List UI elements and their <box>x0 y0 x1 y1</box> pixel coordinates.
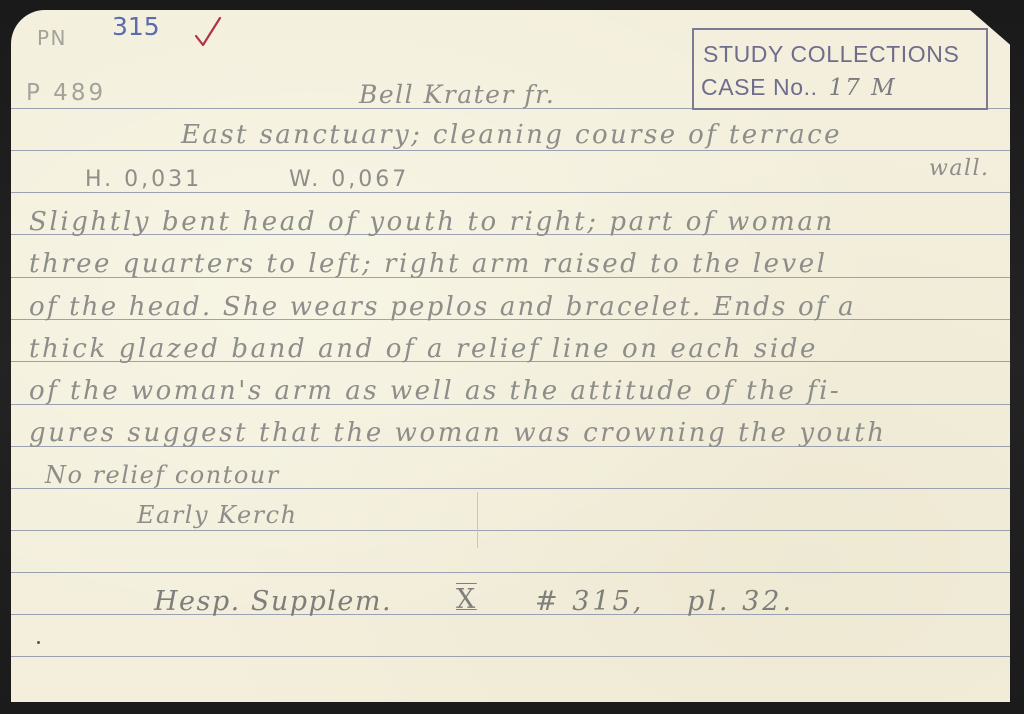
findspot-line-1: East sanctuary; cleaning course of terra… <box>181 120 842 150</box>
ruled-line <box>11 192 1010 193</box>
ruled-line <box>11 150 1010 151</box>
reference-number: # 315, <box>535 586 644 617</box>
object-title: Bell Krater fr. <box>359 80 555 109</box>
page-reference: P 489 <box>26 80 106 106</box>
red-check-icon <box>193 14 223 48</box>
stamp-title: STUDY COLLECTIONS <box>703 41 959 68</box>
description-line: three quarters to left; right arm raised… <box>29 249 827 279</box>
description-line: thick glazed band and of a relief line o… <box>29 334 818 364</box>
catalogue-number: 315 <box>112 12 160 41</box>
scanned-card-image: PN 315 P 489 STUDY COLLECTIONS CASE No..… <box>0 0 1024 714</box>
pencil-mark <box>477 492 478 548</box>
description-line: gures suggest that the woman was crownin… <box>29 418 887 448</box>
description-line: of the head. She wears peplos and bracel… <box>29 292 856 322</box>
description-line: Slightly bent head of youth to right; pa… <box>29 207 835 237</box>
findspot-line-2: wall. <box>929 156 990 181</box>
stamp-case-label: CASE No.. <box>701 74 818 100</box>
ruled-line <box>11 572 1010 573</box>
ruled-line <box>11 530 1010 531</box>
study-collections-stamp: STUDY COLLECTIONS CASE No.. 17 M <box>692 28 988 110</box>
width-measure: W. 0,067 <box>289 167 409 192</box>
date-attribution: Early Kerch <box>137 501 298 529</box>
height-measure: H. 0,031 <box>85 167 202 192</box>
stamp-case-number: 17 M <box>829 75 897 101</box>
prefix-code: PN <box>37 26 67 50</box>
description-line: No relief contour <box>45 461 280 489</box>
ruled-line <box>11 656 1010 657</box>
reference-plate: pl. 32. <box>687 586 794 617</box>
description-line: of the woman's arm as well as the attitu… <box>29 376 841 406</box>
stamp-case-line: CASE No.. 17 M <box>701 74 897 101</box>
index-card: PN 315 P 489 STUDY COLLECTIONS CASE No..… <box>11 10 1010 702</box>
ink-dot <box>37 641 40 644</box>
reference-volume: X <box>456 584 477 615</box>
reference-journal: Hesp. Supplem. <box>154 586 392 617</box>
